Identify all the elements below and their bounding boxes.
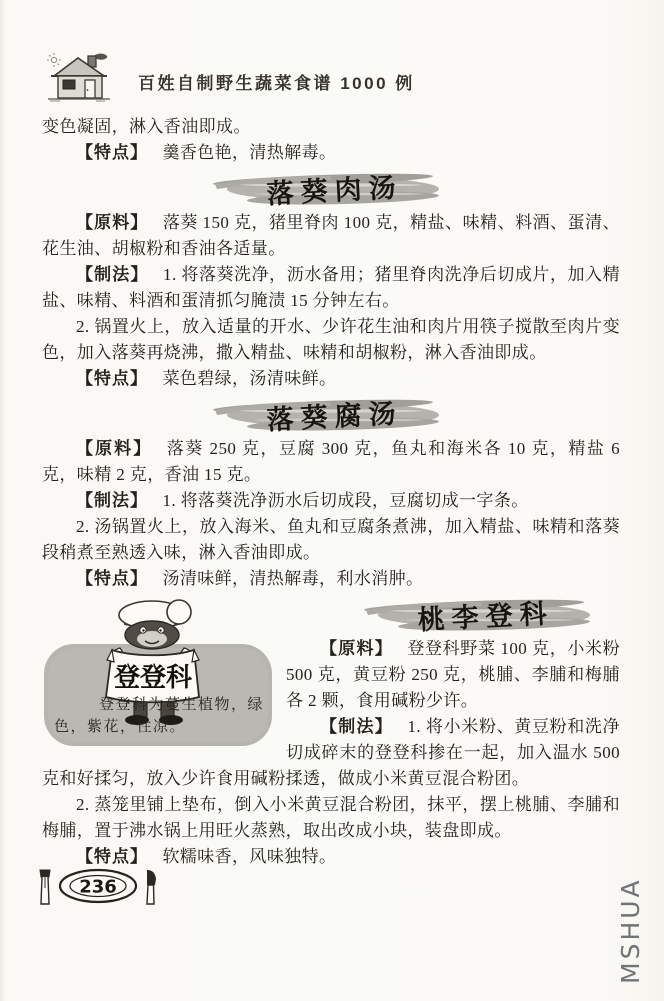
scanned-book-page: 百姓自制野生蔬菜食谱 1000 例 变色凝固，淋入香油即成。 【特点】羹香色艳，… xyxy=(0,0,664,1001)
ingredients-label: 【原料】 xyxy=(76,213,148,232)
feature-label: 【特点】 xyxy=(76,143,148,162)
intro-carryover-line: 变色凝固，淋入香油即成。 xyxy=(42,114,620,140)
page-number: 236 xyxy=(79,877,117,898)
feature-text: 菜色碧绿，汤清味鲜。 xyxy=(162,369,336,388)
ingredients-label: 【原料】 xyxy=(320,639,393,658)
recipe2-feature: 【特点】汤清味鲜，清热解毒，利水消肿。 xyxy=(42,566,620,592)
book-title: 百姓自制野生蔬菜食谱 1000 例 xyxy=(138,69,415,94)
method-label: 【制法】 xyxy=(76,265,149,284)
mascot-caption: 登登科为蔓生植物，绿色，紫花，性凉。 xyxy=(54,694,268,738)
ingredients-label: 【原料】 xyxy=(76,439,152,458)
method-label: 【制法】 xyxy=(320,717,393,736)
page-header: 百姓自制野生蔬菜食谱 1000 例 xyxy=(0,0,664,114)
feature-text: 汤清味鲜，清热解毒，利水消肿。 xyxy=(162,569,423,588)
house-icon xyxy=(46,52,112,104)
feature-text: 软糯味香，风味独特。 xyxy=(162,847,336,866)
intro-feature-line: 【特点】羹香色艳，清热解毒。 xyxy=(42,140,620,166)
recipe3-title-banner: 桃李登科 xyxy=(362,594,602,634)
recipe1-feature: 【特点】菜色碧绿，汤清味鲜。 xyxy=(42,366,620,392)
recipe2-ingredients: 【原料】落葵 250 克，豆腐 300 克，鱼丸和海米各 10 克，精盐 6 克… xyxy=(42,436,620,488)
mascot-banner-text: 登登科 xyxy=(113,662,193,693)
recipe2-method-step2: 2. 汤锅置火上，放入海米、鱼丸和豆腐条煮沸，加入精盐、味精和落葵段稍煮至熟透入… xyxy=(42,514,620,566)
feature-label: 【特点】 xyxy=(76,369,148,388)
method-step1-text: 1. 将落葵洗净沥水后切成段，豆腐切成一字条。 xyxy=(162,491,528,510)
page-body: 变色凝固，淋入香油即成。 【特点】羹香色艳，清热解毒。 落葵肉汤 【原料】落葵 … xyxy=(0,114,664,870)
recipe1-method-step1: 【制法】1. 将落葵洗净，沥水备用；猪里脊肉洗净后切成片，加入精盐、味精、料酒和… xyxy=(42,262,620,314)
knife-icon xyxy=(147,870,156,904)
page-number-badge: 236 xyxy=(34,868,166,908)
fork-icon xyxy=(40,870,50,904)
page-footer: 236 xyxy=(34,868,166,908)
chef-mascot-illustration: 登登科 登登科为蔓生植物，绿色，紫花，性凉。 xyxy=(42,598,278,748)
recipe2-method-step1: 【制法】1. 将落葵洗净沥水后切成段，豆腐切成一字条。 xyxy=(42,488,620,514)
scan-watermark: MSHUA xyxy=(616,877,645,984)
recipe1-title-banner: 落葵肉汤 xyxy=(211,168,451,208)
recipe3-section: 登登科 登登科为蔓生植物，绿色，紫花，性凉。 xyxy=(42,594,620,870)
recipe3-method-step2: 2. 蒸笼里铺上垫布，倒入小米黄豆混合粉团，抹平，摆上桃脯、李脯和梅脯，置于沸水… xyxy=(42,792,620,844)
recipe2-title-banner: 落葵腐汤 xyxy=(211,394,451,434)
feature-label: 【特点】 xyxy=(76,569,148,588)
recipe1-method-step2: 2. 锅置火上，放入适量的开水、少许花生油和肉片用筷子搅散至肉片变色，加入落葵再… xyxy=(42,314,620,366)
feature-label: 【特点】 xyxy=(76,847,148,866)
feature-text: 羹香色艳，清热解毒。 xyxy=(162,143,336,162)
recipe3-feature: 【特点】软糯味香，风味独特。 xyxy=(42,844,620,870)
recipe1-ingredients: 【原料】落葵 150 克，猪里脊肉 100 克，精盐、味精、料酒、蛋清、花生油、… xyxy=(42,210,620,262)
method-label: 【制法】 xyxy=(76,491,148,510)
